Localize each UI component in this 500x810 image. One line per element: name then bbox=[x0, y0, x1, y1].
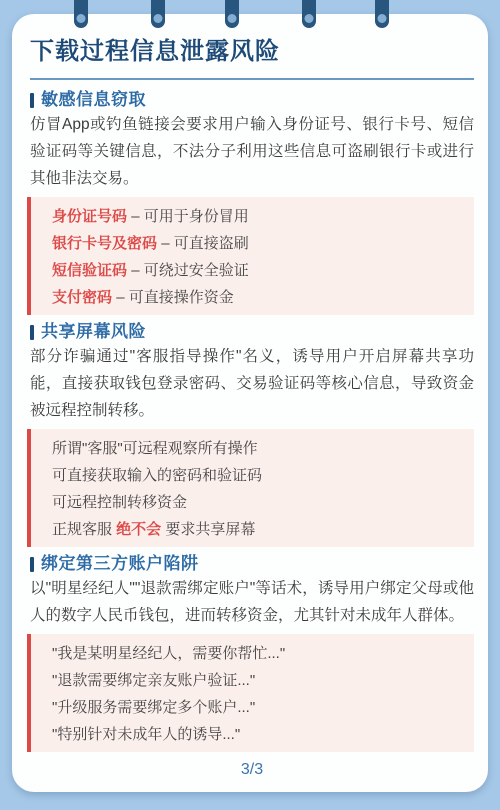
page-indicator: 3/3 bbox=[30, 760, 474, 780]
warning-highlight: 绝不会 bbox=[116, 521, 161, 538]
info-card: 下载过程信息泄露风险 敏感信息窃取 仿冒App或钓鱼链接会要求用户输入身份证号、… bbox=[12, 14, 488, 792]
warning-suffix: 要求共享屏幕 bbox=[161, 521, 255, 538]
page-title: 下载过程信息泄露风险 bbox=[30, 38, 474, 66]
binder-strip bbox=[0, 0, 500, 30]
risk-quote: "升级服务需要绑定多个账户..." bbox=[52, 694, 466, 721]
risk-term: 身份证号码 bbox=[52, 208, 127, 225]
risk-term: 银行卡号及密码 bbox=[52, 235, 157, 252]
title-divider bbox=[30, 78, 474, 80]
risk-term: 短信验证码 bbox=[52, 262, 127, 279]
binder-tab bbox=[225, 0, 239, 28]
binder-tab bbox=[302, 0, 316, 28]
risk-item: 支付密码 – 可直接操作资金 bbox=[52, 284, 466, 311]
page-background: { "page": { "title": "下载过程信息泄露风险", "page… bbox=[0, 0, 500, 810]
section-heading-sensitive-info: 敏感信息窃取 bbox=[30, 91, 474, 109]
risk-desc: – 可直接操作资金 bbox=[116, 289, 234, 306]
risk-term: 支付密码 bbox=[52, 289, 112, 306]
section-heading-label: 敏感信息窃取 bbox=[41, 91, 146, 109]
warning-prefix: 正规客服 bbox=[52, 521, 116, 538]
section-heading-label: 共享屏幕风险 bbox=[41, 323, 146, 341]
section-heading-label: 绑定第三方账户陷阱 bbox=[41, 555, 199, 573]
risk-item: 银行卡号及密码 – 可直接盗刷 bbox=[52, 230, 466, 257]
risk-desc: – 可绕过安全验证 bbox=[131, 262, 249, 279]
section-paragraph: 仿冒App或钓鱼链接会要求用户输入身份证号、银行卡号、短信验证码等关键信息，不法… bbox=[30, 111, 474, 192]
risk-item: 短信验证码 – 可绕过安全验证 bbox=[52, 257, 466, 284]
binder-tab bbox=[151, 0, 165, 28]
risk-item: 可直接获取输入的密码和验证码 bbox=[52, 462, 466, 489]
risk-quote: "我是某明星经纪人，需要你帮忙..." bbox=[52, 640, 466, 667]
section-heading-account-binding: 绑定第三方账户陷阱 bbox=[30, 555, 474, 573]
binder-hole-icon bbox=[228, 14, 237, 23]
section-paragraph: 部分诈骗通过"客服指导操作"名义，诱导用户开启屏幕共享功能，直接获取钱包登录密码… bbox=[30, 343, 474, 424]
risk-item: 所谓"客服"可远程观察所有操作 bbox=[52, 435, 466, 462]
section-heading-screen-share: 共享屏幕风险 bbox=[30, 323, 474, 341]
section-paragraph: 以"明星经纪人""退款需绑定账户"等话术，诱导用户绑定父母或他人的数字人民币钱包… bbox=[30, 575, 474, 629]
risk-quote: "退款需要绑定亲友账户验证..." bbox=[52, 667, 466, 694]
binder-hole-icon bbox=[154, 14, 163, 23]
risk-desc: – 可用于身份冒用 bbox=[131, 208, 249, 225]
risk-item: 身份证号码 – 可用于身份冒用 bbox=[52, 203, 466, 230]
risk-item: 可远程控制转移资金 bbox=[52, 489, 466, 516]
risk-box-sensitive-info: 身份证号码 – 可用于身份冒用 银行卡号及密码 – 可直接盗刷 短信验证码 – … bbox=[27, 197, 474, 315]
risk-box-account-binding: "我是某明星经纪人，需要你帮忙..." "退款需要绑定亲友账户验证..." "升… bbox=[27, 634, 474, 752]
heading-accent-bar bbox=[30, 93, 34, 108]
binder-tab bbox=[74, 0, 88, 28]
binder-tab bbox=[375, 0, 389, 28]
heading-accent-bar bbox=[30, 557, 34, 572]
binder-hole-icon bbox=[305, 14, 314, 23]
risk-quote: "特别针对未成年人的诱导..." bbox=[52, 721, 466, 748]
binder-hole-icon bbox=[378, 14, 387, 23]
binder-hole-icon bbox=[77, 14, 86, 23]
risk-item-warning: 正规客服 绝不会 要求共享屏幕 bbox=[52, 516, 466, 543]
risk-box-screen-share: 所谓"客服"可远程观察所有操作 可直接获取输入的密码和验证码 可远程控制转移资金… bbox=[27, 429, 474, 547]
risk-desc: – 可直接盗刷 bbox=[161, 235, 249, 252]
heading-accent-bar bbox=[30, 325, 34, 340]
